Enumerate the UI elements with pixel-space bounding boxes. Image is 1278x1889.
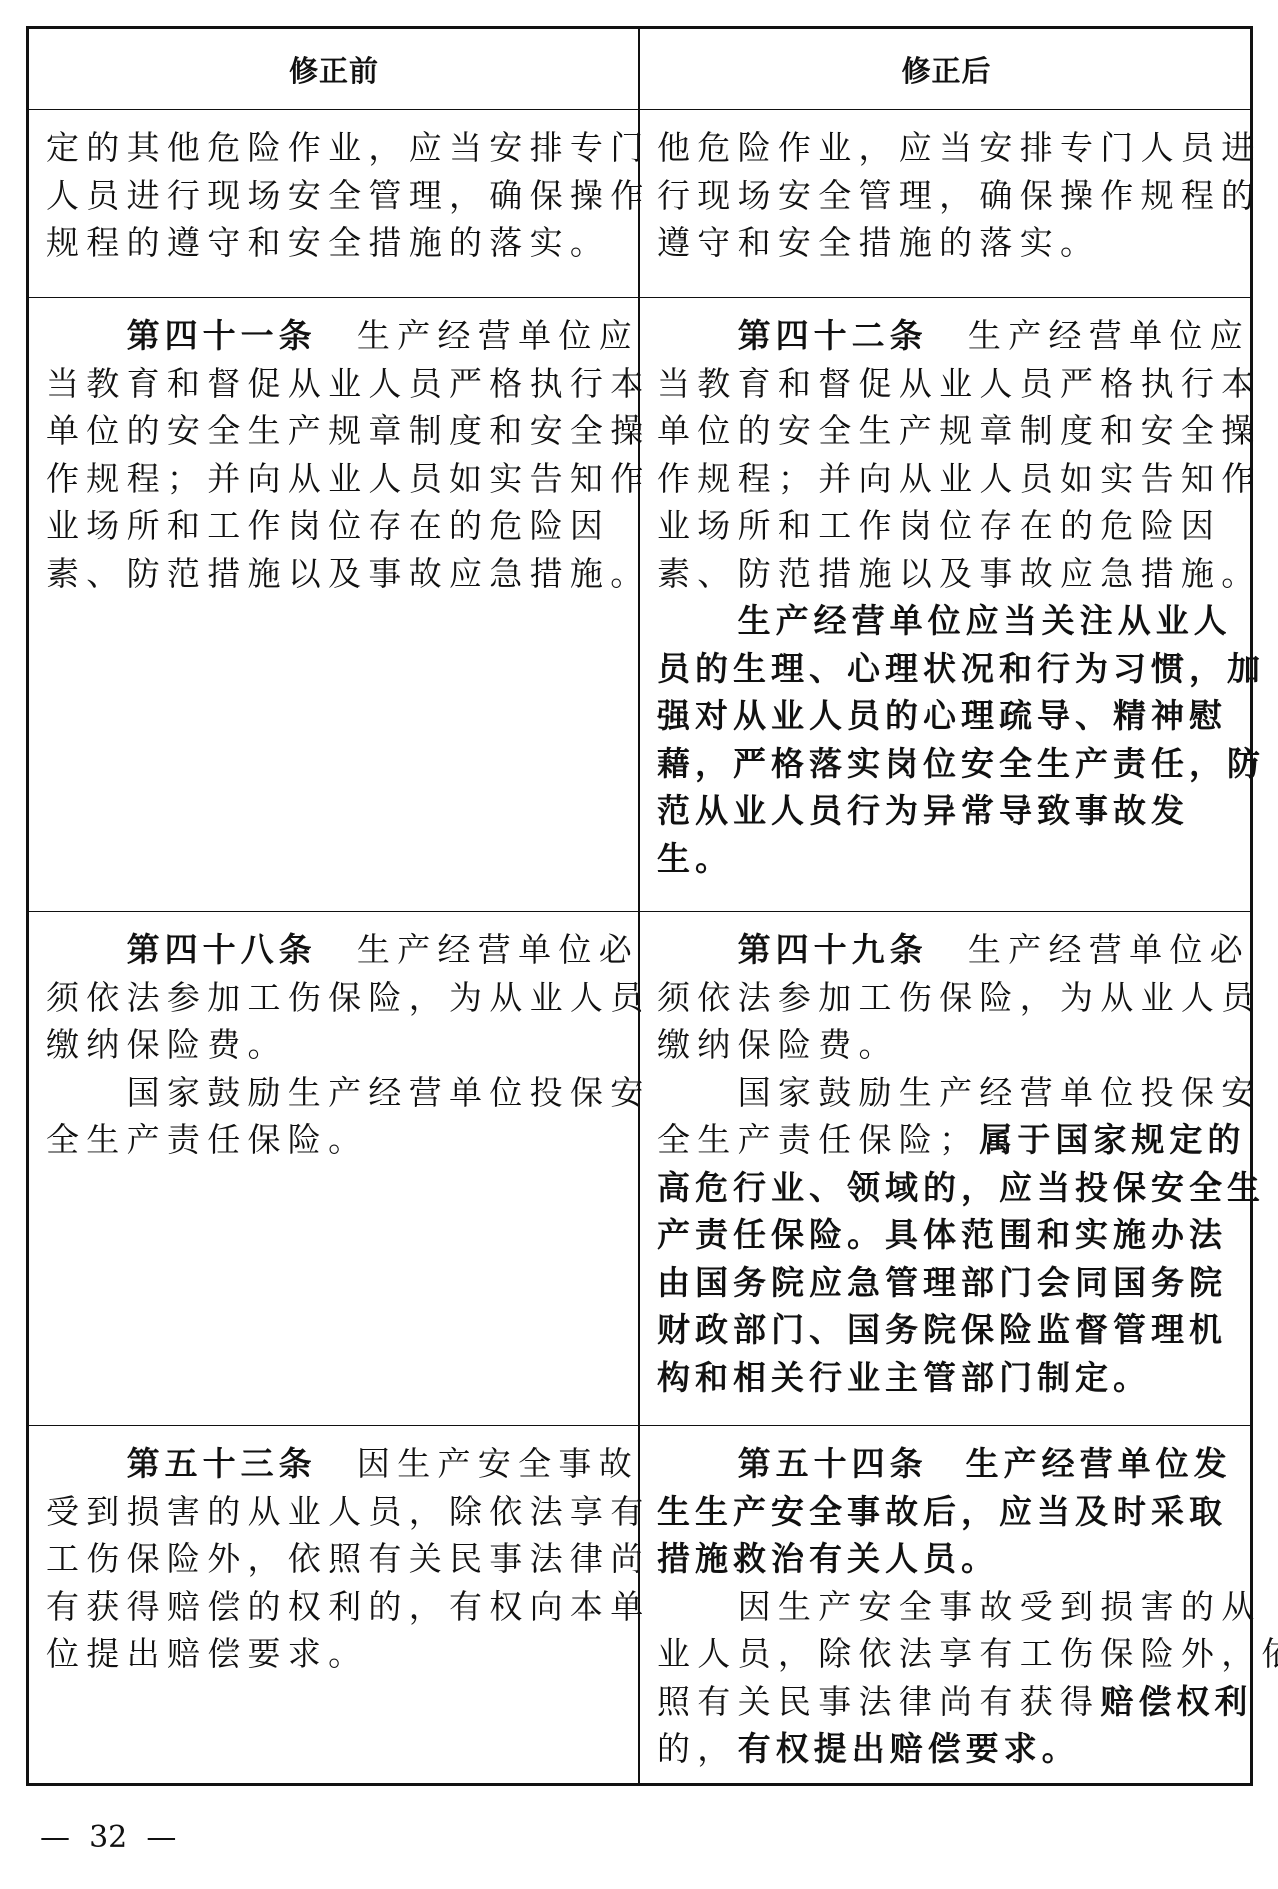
text-line: 素、防范措施以及事故应急措施。 <box>657 550 1265 598</box>
text-line: 生生产安全事故后，应当及时采取 <box>657 1488 1278 1536</box>
text-run: 作规程；并向从业人员如实告知作 <box>46 459 651 498</box>
text-run: 缴纳保险费。 <box>46 1025 288 1064</box>
bold-text-run: 第四十一条 <box>127 316 317 355</box>
text-run: 业人员，除依法享有工伤保险外，依 <box>657 1634 1278 1673</box>
text-line: 第四十一条 生产经营单位应 <box>46 312 651 360</box>
header-cell-after: 修正后 <box>640 29 1253 109</box>
bold-text-run: 财政部门、国务院保险监督管理机 <box>657 1310 1227 1349</box>
table-header-row: 修正前 修正后 <box>29 29 1250 110</box>
bold-text-run: 属于国家规定的 <box>979 1120 1245 1159</box>
text-run: 受到损害的从业人员，除依法享有 <box>46 1492 651 1531</box>
bold-text-run: 生生产安全事故后，应当及时采取 <box>657 1492 1227 1531</box>
text-run: 他危险作业，应当安排专门人员进 <box>657 128 1262 167</box>
column-header-after: 修正后 <box>640 29 1253 109</box>
text-line: 全生产责任保险；属于国家规定的 <box>657 1116 1265 1164</box>
text-run: 须依法参加工伤保险，为从业人员 <box>46 978 651 1017</box>
text-line: 作规程；并向从业人员如实告知作 <box>46 455 651 503</box>
bold-text-run: 有权提出赔偿要求。 <box>738 1729 1080 1768</box>
table-row: 定的其他危险作业，应当安排专门人员进行现场安全管理，确保操作规程的遵守和安全措施… <box>29 110 1250 298</box>
text-run: 全生产责任保险。 <box>46 1120 368 1159</box>
text-run: 国家鼓励生产经营单位投保安 <box>46 1073 651 1112</box>
text-line: 第四十八条 生产经营单位必 <box>46 926 651 974</box>
text-line: 位提出赔偿要求。 <box>46 1630 651 1678</box>
text-run: 位提出赔偿要求。 <box>46 1634 368 1673</box>
text-line: 行现场安全管理，确保操作规程的 <box>657 172 1262 220</box>
text-run: 规程的遵守和安全措施的落实。 <box>46 223 610 262</box>
text-line: 业人员，除依法享有工伤保险外，依 <box>657 1630 1278 1678</box>
text-run: 的， <box>657 1729 738 1768</box>
bold-text-run: 第四十九条 <box>738 930 928 969</box>
bold-text-run: 员的生理、心理状况和行为习惯，加 <box>657 649 1265 688</box>
bold-text-run: 藉，严格落实岗位安全生产责任，防 <box>657 744 1265 783</box>
text-run: 行现场安全管理，确保操作规程的 <box>657 176 1262 215</box>
bold-text-run: 范从业人员行为异常导致事故发 <box>657 791 1189 830</box>
text-run <box>657 601 738 640</box>
text-run: 工伤保险外，依照有关民事法律尚 <box>46 1539 651 1578</box>
text-line: 有获得赔偿的权利的，有权向本单 <box>46 1583 651 1631</box>
bold-text-run: 第五十三条 <box>127 1444 317 1483</box>
text-line: 缴纳保险费。 <box>46 1021 651 1069</box>
text-line: 遵守和安全措施的落实。 <box>657 219 1262 267</box>
text-run: 素、防范措施以及事故应急措施。 <box>46 554 651 593</box>
text-run: 单位的安全生产规章制度和安全操 <box>46 411 651 450</box>
text-run: 生产经营单位应 <box>928 316 1250 355</box>
cell-after: 第五十四条 生产经营单位发生生产安全事故后，应当及时采取措施救治有关人员。 因生… <box>640 1426 1253 1786</box>
text-run: 生产经营单位必 <box>928 930 1250 969</box>
text-run: 须依法参加工伤保险，为从业人员 <box>657 978 1262 1017</box>
text-line: 作规程；并向从业人员如实告知作 <box>657 455 1265 503</box>
bold-text-run: 由国务院应急管理部门会同国务院 <box>657 1263 1227 1302</box>
bold-text-run: 第五十四条 生产经营单位发 <box>738 1444 1232 1483</box>
text-line: 措施救治有关人员。 <box>657 1535 1278 1583</box>
text-run: 有获得赔偿的权利的，有权向本单 <box>46 1587 651 1626</box>
column-header-before: 修正前 <box>29 29 639 109</box>
text-line: 全生产责任保险。 <box>46 1116 651 1164</box>
text-run: 单位的安全生产规章制度和安全操 <box>657 411 1262 450</box>
text-line: 财政部门、国务院保险监督管理机 <box>657 1306 1265 1354</box>
text-run: 生产经营单位必 <box>317 930 639 969</box>
text-run: 缴纳保险费。 <box>657 1025 899 1064</box>
text-line: 第四十二条 生产经营单位应 <box>657 312 1265 360</box>
text-line: 素、防范措施以及事故应急措施。 <box>46 550 651 598</box>
text-line: 当教育和督促从业人员严格执行本 <box>657 360 1265 408</box>
text-run: 业场所和工作岗位存在的危险因 <box>46 506 610 545</box>
cell-before: 第四十八条 生产经营单位必须依法参加工伤保险，为从业人员缴纳保险费。 国家鼓励生… <box>29 912 639 1425</box>
text-line: 因生产安全事故受到损害的从 <box>657 1583 1278 1631</box>
text-run: 素、防范措施以及事故应急措施。 <box>657 554 1262 593</box>
text-run: 定的其他危险作业，应当安排专门 <box>46 128 651 167</box>
text-line: 缴纳保险费。 <box>657 1021 1265 1069</box>
text-run: 因生产安全事故受到损害的从 <box>657 1587 1262 1626</box>
text-line: 生产经营单位应当关注从业人 <box>657 597 1265 645</box>
text-line: 他危险作业，应当安排专门人员进 <box>657 124 1262 172</box>
text-line: 工伤保险外，依照有关民事法律尚 <box>46 1535 651 1583</box>
text-run <box>657 930 738 969</box>
table-row: 第四十一条 生产经营单位应当教育和督促从业人员严格执行本单位的安全生产规章制度和… <box>29 298 1250 912</box>
text-line: 须依法参加工伤保险，为从业人员 <box>657 974 1265 1022</box>
text-run: 人员进行现场安全管理，确保操作 <box>46 176 651 215</box>
comparison-table: 修正前 修正后 定的其他危险作业，应当安排专门人员进行现场安全管理，确保操作规程… <box>26 26 1253 1786</box>
text-line: 定的其他危险作业，应当安排专门 <box>46 124 651 172</box>
bold-text-run: 生。 <box>657 839 733 878</box>
cell-after: 他危险作业，应当安排专门人员进行现场安全管理，确保操作规程的遵守和安全措施的落实… <box>640 110 1253 297</box>
text-run: 国家鼓励生产经营单位投保安 <box>657 1073 1262 1112</box>
text-line: 受到损害的从业人员，除依法享有 <box>46 1488 651 1536</box>
text-line: 第五十三条 因生产安全事故 <box>46 1440 651 1488</box>
bold-text-run: 第四十二条 <box>738 316 928 355</box>
table-row: 第四十八条 生产经营单位必须依法参加工伤保险，为从业人员缴纳保险费。 国家鼓励生… <box>29 912 1250 1426</box>
text-line: 国家鼓励生产经营单位投保安 <box>657 1069 1265 1117</box>
text-line: 的，有权提出赔偿要求。 <box>657 1725 1278 1773</box>
cell-after: 第四十九条 生产经营单位必须依法参加工伤保险，为从业人员缴纳保险费。 国家鼓励生… <box>640 912 1253 1425</box>
text-run: 作规程；并向从业人员如实告知作 <box>657 459 1262 498</box>
text-line: 规程的遵守和安全措施的落实。 <box>46 219 651 267</box>
text-run <box>657 1444 738 1483</box>
text-line: 第五十四条 生产经营单位发 <box>657 1440 1278 1488</box>
text-line: 单位的安全生产规章制度和安全操 <box>657 407 1265 455</box>
text-line: 由国务院应急管理部门会同国务院 <box>657 1259 1265 1307</box>
text-run: 全生产责任保险； <box>657 1120 979 1159</box>
text-line: 单位的安全生产规章制度和安全操 <box>46 407 651 455</box>
text-line: 国家鼓励生产经营单位投保安 <box>46 1069 651 1117</box>
bold-text-run: 赔偿权利 <box>1100 1682 1252 1721</box>
text-run: 当教育和督促从业人员严格执行本 <box>657 364 1262 403</box>
text-line: 第四十九条 生产经营单位必 <box>657 926 1265 974</box>
bold-text-run: 生产经营单位应当关注从业人 <box>738 601 1232 640</box>
text-run <box>46 930 127 969</box>
text-line: 须依法参加工伤保险，为从业人员 <box>46 974 651 1022</box>
text-line: 构和相关行业主管部门制定。 <box>657 1354 1265 1402</box>
page-number: — 32 — <box>40 1820 176 1855</box>
text-line: 高危行业、领域的，应当投保安全生 <box>657 1164 1265 1212</box>
text-line: 范从业人员行为异常导致事故发 <box>657 787 1265 835</box>
text-run: 因生产安全事故 <box>317 1444 639 1483</box>
text-line: 生。 <box>657 835 1265 883</box>
text-line: 当教育和督促从业人员严格执行本 <box>46 360 651 408</box>
text-line: 业场所和工作岗位存在的危险因 <box>46 502 651 550</box>
text-run: 生产经营单位应 <box>317 316 639 355</box>
cell-before: 定的其他危险作业，应当安排专门人员进行现场安全管理，确保操作规程的遵守和安全措施… <box>29 110 639 297</box>
header-cell-before: 修正前 <box>29 29 639 109</box>
bold-text-run: 产责任保险。具体范围和实施办法 <box>657 1215 1227 1254</box>
text-run: 遵守和安全措施的落实。 <box>657 223 1100 262</box>
cell-before: 第五十三条 因生产安全事故受到损害的从业人员，除依法享有工伤保险外，依照有关民事… <box>29 1426 639 1786</box>
text-line: 强对从业人员的心理疏导、精神慰 <box>657 692 1265 740</box>
table-row: 第五十三条 因生产安全事故受到损害的从业人员，除依法享有工伤保险外，依照有关民事… <box>29 1426 1250 1786</box>
text-run: 当教育和督促从业人员严格执行本 <box>46 364 651 403</box>
text-line: 业场所和工作岗位存在的危险因 <box>657 502 1265 550</box>
cell-after: 第四十二条 生产经营单位应当教育和督促从业人员严格执行本单位的安全生产规章制度和… <box>640 298 1253 911</box>
text-run <box>46 1444 127 1483</box>
bold-text-run: 第四十八条 <box>127 930 317 969</box>
bold-text-run: 措施救治有关人员。 <box>657 1539 999 1578</box>
text-line: 员的生理、心理状况和行为习惯，加 <box>657 645 1265 693</box>
text-line: 产责任保险。具体范围和实施办法 <box>657 1211 1265 1259</box>
text-run: 照有关民事法律尚有获得 <box>657 1682 1100 1721</box>
cell-before: 第四十一条 生产经营单位应当教育和督促从业人员严格执行本单位的安全生产规章制度和… <box>29 298 639 911</box>
text-run: 业场所和工作岗位存在的危险因 <box>657 506 1221 545</box>
text-line: 藉，严格落实岗位安全生产责任，防 <box>657 740 1265 788</box>
text-line: 人员进行现场安全管理，确保操作 <box>46 172 651 220</box>
bold-text-run: 强对从业人员的心理疏导、精神慰 <box>657 696 1227 735</box>
bold-text-run: 高危行业、领域的，应当投保安全生 <box>657 1168 1265 1207</box>
text-run <box>46 316 127 355</box>
text-run <box>657 316 738 355</box>
text-line: 照有关民事法律尚有获得赔偿权利 <box>657 1678 1278 1726</box>
bold-text-run: 构和相关行业主管部门制定。 <box>657 1358 1151 1397</box>
